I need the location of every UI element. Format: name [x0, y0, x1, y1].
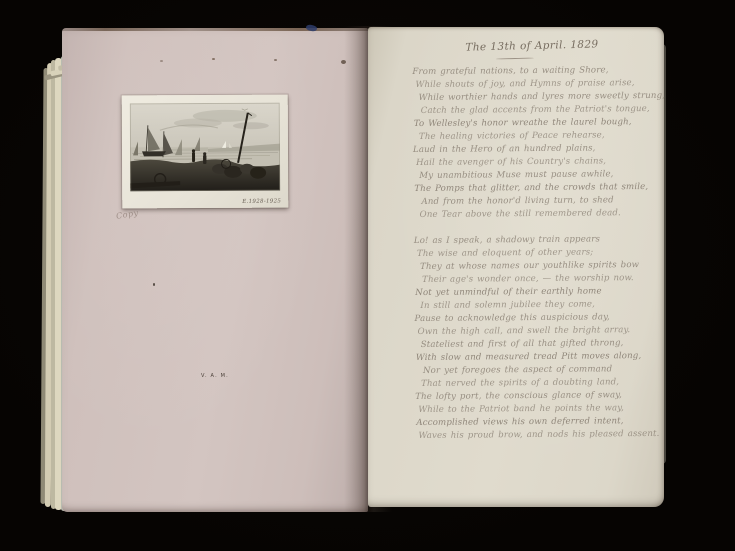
poem-stanza-1: From grateful nations, to a waiting Shor… — [412, 64, 651, 222]
photo-backdrop: E.1928-1925 Copy V. A. M. The 13th of Ap… — [0, 0, 735, 551]
poem-title: The 13th of April. 1829 — [452, 38, 612, 54]
figure — [192, 152, 195, 162]
right-page: The 13th of April. 1829 From grateful na… — [368, 27, 664, 507]
boat-hull — [142, 151, 166, 156]
poem-line: Waves his proud brow, and nods his pleas… — [418, 428, 653, 443]
left-page: E.1928-1925 Copy V. A. M. — [62, 28, 368, 512]
mounted-print: E.1928-1925 — [122, 95, 289, 209]
poem-stanza-2: Lo! as I speak, a shadowy train appearsT… — [414, 233, 654, 443]
poem-line: One Tear above the still remembered dead… — [420, 207, 652, 222]
ink-speck — [153, 283, 155, 286]
print-plate-number: E.1928-1925 — [242, 199, 281, 205]
figure — [203, 155, 206, 164]
foxing-spots — [212, 58, 215, 60]
poem: From grateful nations, to a waiting Shor… — [412, 64, 653, 456]
pencil-copy-note: Copy — [115, 208, 139, 221]
museum-stamp: V. A. M. — [201, 374, 229, 379]
seascape-engraving-image — [130, 103, 280, 192]
blue-edge-mark — [305, 24, 317, 32]
title-underline-flourish — [496, 58, 534, 60]
